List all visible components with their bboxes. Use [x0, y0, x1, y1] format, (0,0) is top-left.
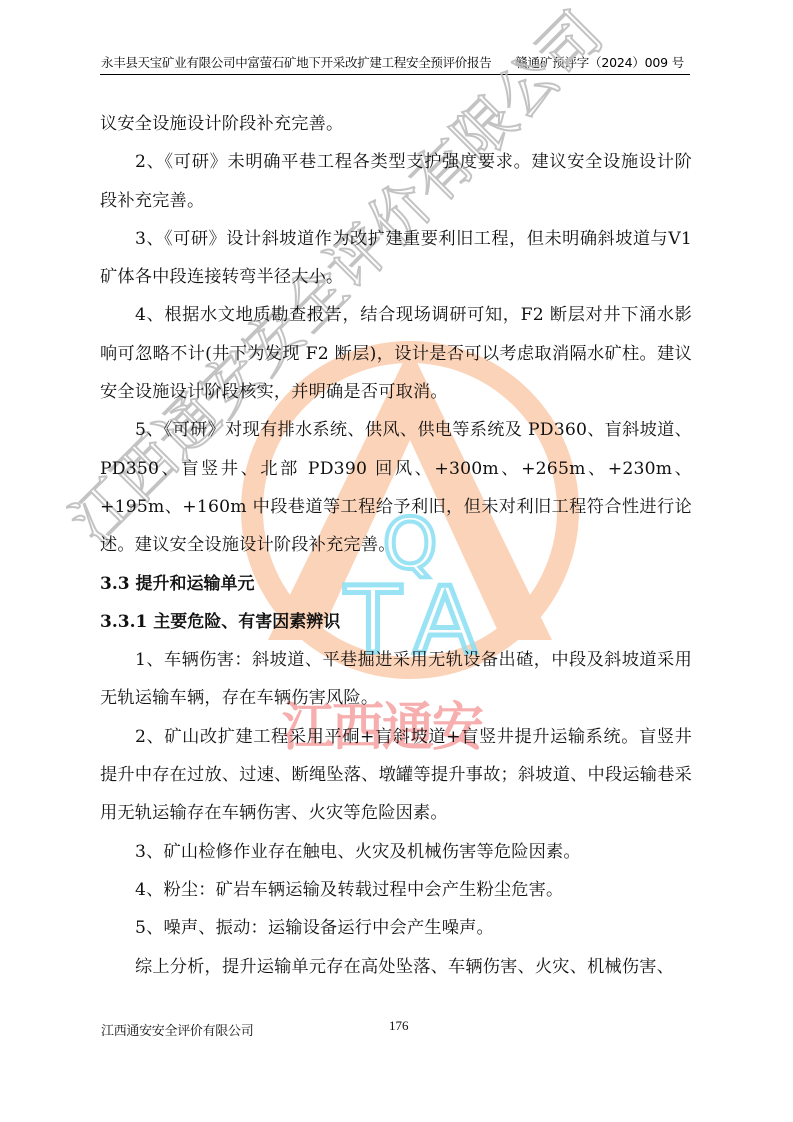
page-number: 176 [389, 1018, 409, 1034]
hazard-item-4: 4、粉尘：矿岩车辆运输及转载过程中会产生粉尘危害。 [100, 871, 692, 909]
paragraph-item-4: 4、根据水文地质勘查报告，结合现场调研可知，F2 断层对井下涌水影响可忽略不计(… [100, 296, 692, 411]
hazard-item-1: 1、车辆伤害：斜坡道、平巷掘进采用无轨设备出碴，中段及斜坡道采用无轨运输车辆，存… [100, 641, 692, 718]
summary-paragraph: 综上分析，提升运输单元存在高处坠落、车辆伤害、火灾、机械伤害、 [100, 948, 692, 986]
hazard-item-2: 2、矿山改扩建工程采用平硐+盲斜坡道+盲竖井提升运输系统。盲竖井提升中存在过放、… [100, 718, 692, 833]
page-footer: 江西通安安全评价有限公司 176 [100, 1020, 690, 1042]
document-page: 永丰县天宝矿业有限公司中富萤石矿地下开采改扩建工程安全预评价报告 赣通矿预评字（… [0, 0, 793, 1122]
document-number: 赣通矿预评字（2024）009 号 [515, 54, 684, 72]
section-heading-3-3-1: 3.3.1 主要危险、有害因素辨识 [100, 603, 692, 641]
section-heading-3-3: 3.3 提升和运输单元 [100, 565, 692, 603]
page-header: 永丰县天宝矿业有限公司中富萤石矿地下开采改扩建工程安全预评价报告 赣通矿预评字（… [100, 54, 690, 75]
paragraph-item-5: 5、《可研》对现有排水系统、供风、供电等系统及 PD360、盲斜坡道、PD350… [100, 411, 692, 564]
hazard-item-3: 3、矿山检修作业存在触电、火灾及机械伤害等危险因素。 [100, 833, 692, 871]
paragraph-item-3: 3、《可研》设计斜坡道作为改扩建重要利旧工程，但未明确斜坡道与V1 矿体各中段连… [100, 220, 692, 297]
paragraph-item-2: 2、《可研》未明确平巷工程各类型支护强度要求。建议安全设施设计阶段补充完善。 [100, 143, 692, 220]
report-title: 永丰县天宝矿业有限公司中富萤石矿地下开采改扩建工程安全预评价报告 [101, 54, 491, 72]
paragraph-continuation: 议安全设施设计阶段补充完善。 [100, 105, 692, 143]
hazard-item-5: 5、噪声、振动：运输设备运行中会产生噪声。 [100, 909, 692, 947]
document-body: 议安全设施设计阶段补充完善。 2、《可研》未明确平巷工程各类型支护强度要求。建议… [100, 105, 692, 986]
footer-company: 江西通安安全评价有限公司 [101, 1020, 253, 1039]
